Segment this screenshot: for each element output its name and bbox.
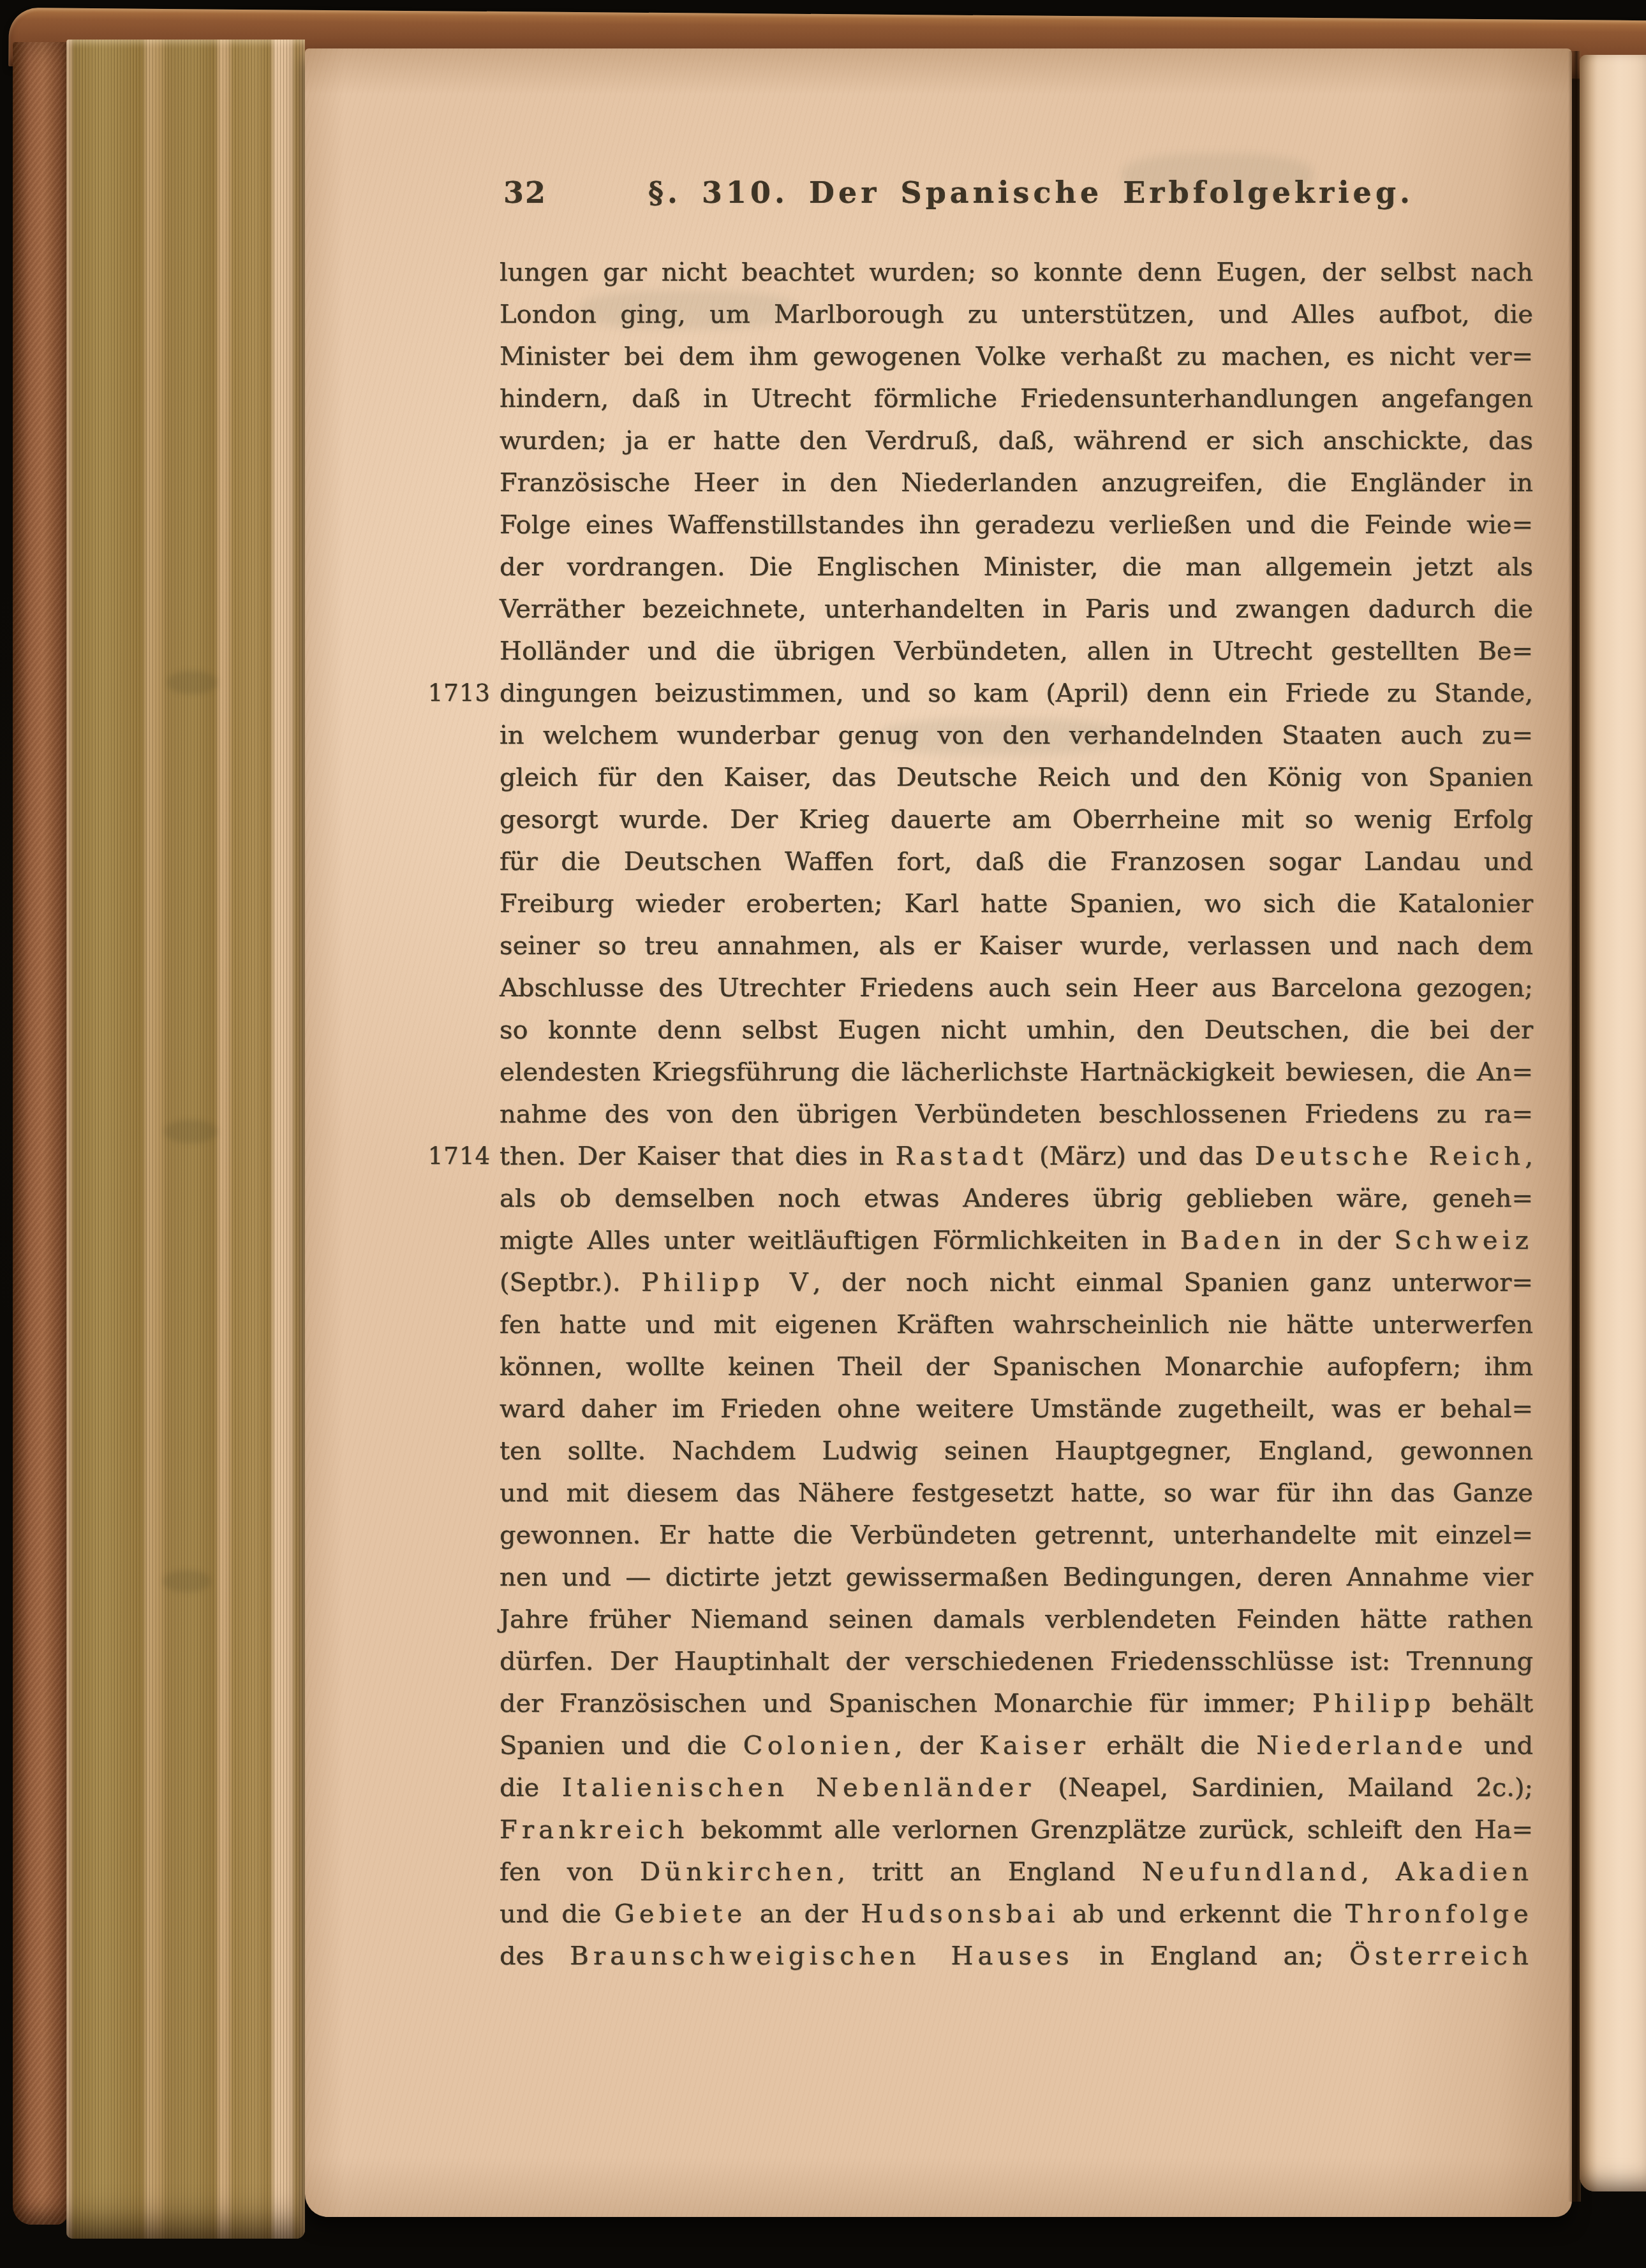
text-segment: Freiburg wieder eroberten; Karl hatte Sp… (500, 889, 1533, 918)
text-segment: seiner so treu annahmen, als er Kaiser w… (500, 931, 1533, 961)
emphasized-name: Kaiser (979, 1731, 1090, 1760)
text-line: lungen gar nicht beachtet wurden; so kon… (500, 251, 1533, 293)
emphasized-name: Deutsche Reich (1255, 1142, 1525, 1171)
text-segment: ten sollte. Nachdem Ludwig seinen Hauptg… (500, 1436, 1533, 1466)
text-line: wurden; ja er hatte den Verdruß, daß, wä… (500, 420, 1533, 462)
emphasized-name: Rastadt (895, 1142, 1027, 1171)
text-segment: können, wollte keinen Theil der Spanisch… (500, 1352, 1533, 1381)
emphasized-name: Neufundland (1142, 1857, 1361, 1887)
text-line: Jahre früher Niemand seinen damals verbl… (500, 1598, 1533, 1640)
text-segment: , der noch nicht einmal Spanien ganz unt… (813, 1268, 1533, 1297)
text-line: der vordrangen. Die Englischen Minister,… (500, 546, 1533, 588)
text-line: und mit diesem das Nähere festgesetzt ha… (500, 1472, 1533, 1514)
text-block: lungen gar nicht beachtet wurden; so kon… (500, 251, 1533, 1977)
text-segment: als ob demselben noch etwas Anderes übri… (500, 1184, 1533, 1213)
text-segment: an der (746, 1899, 861, 1929)
page-number: 32 (503, 170, 547, 216)
text-line: 1714then. Der Kaiser that dies in Rastad… (500, 1135, 1533, 1177)
emphasized-name: Österreich (1349, 1941, 1533, 1971)
text-segment: erhält die (1090, 1731, 1256, 1760)
text-line: Frankreich bekommt alle verlornen Grenzp… (500, 1809, 1533, 1851)
text-segment: und (1467, 1731, 1533, 1760)
text-segment: , (1361, 1857, 1395, 1887)
text-line: als ob demselben noch etwas Anderes übri… (500, 1177, 1533, 1219)
text-segment: fen hatte und mit eigenen Kräften wahrsc… (500, 1310, 1533, 1339)
text-line: nen und — dictirte jetzt gewissermaßen B… (500, 1556, 1533, 1598)
text-line: dürfen. Der Hauptinhalt der verschiedene… (500, 1640, 1533, 1683)
text-line: so konnte denn selbst Eugen nicht umhin,… (500, 1009, 1533, 1051)
emphasized-name: Thronfolge (1346, 1899, 1533, 1929)
text-segment: Französische Heer in den Niederlanden an… (500, 468, 1533, 497)
margin-year: 1714 (417, 1135, 491, 1177)
text-line: des Braunschweigischen Hauses in England… (500, 1935, 1533, 1977)
text-segment: wurden; ja er hatte den Verdruß, daß, wä… (500, 426, 1533, 455)
fore-edge-mark (163, 1570, 211, 1592)
text-segment: (Neapel, Sardinien, Mailand 2c.); (1035, 1773, 1533, 1802)
text-line: und die Gebiete an der Hudsonsbai ab und… (500, 1893, 1533, 1935)
text-segment: (Septbr.). (500, 1268, 641, 1297)
text-line: Verräther bezeichnete, unterhandelten in… (500, 588, 1533, 630)
text-segment: in welchem wunderbar genug von den verha… (500, 721, 1533, 750)
text-segment: Minister bei dem ihm gewogenen Volke ver… (500, 342, 1533, 371)
book-cover-left-edge (13, 42, 68, 2225)
text-segment: in der (1285, 1226, 1394, 1255)
text-segment: , tritt an England (837, 1857, 1142, 1887)
emphasized-name: Colonien (743, 1731, 894, 1760)
text-segment: gleich für den Kaiser, das Deutsche Reic… (500, 763, 1533, 792)
text-line: elendesten Kriegsführung die lächerlichs… (500, 1051, 1533, 1093)
text-segment: hindern, daß in Utrecht förmliche Friede… (500, 384, 1533, 413)
text-line: hindern, daß in Utrecht förmliche Friede… (500, 378, 1533, 420)
text-line: nahme des von den übrigen Verbündeten be… (500, 1093, 1533, 1135)
text-segment: der vordrangen. Die Englischen Minister,… (500, 552, 1533, 582)
text-line: in welchem wunderbar genug von den verha… (500, 714, 1533, 756)
text-segment: Jahre früher Niemand seinen damals verbl… (500, 1605, 1533, 1634)
emphasized-name: Italienischen Nebenländer (562, 1773, 1035, 1802)
text-line: migte Alles unter weitläuftigen Förmlich… (500, 1219, 1533, 1262)
emphasized-name: Gebiete (614, 1899, 747, 1929)
text-line: Folge eines Waffenstillstandes ihn gerad… (500, 504, 1533, 546)
text-line: gesorgt wurde. Der Krieg dauerte am Ober… (500, 799, 1533, 841)
text-segment: elendesten Kriegsführung die lächerlichs… (500, 1057, 1533, 1087)
text-segment: so konnte denn selbst Eugen nicht umhin,… (500, 1015, 1533, 1045)
text-line: ten sollte. Nachdem Ludwig seinen Hauptg… (500, 1430, 1533, 1472)
text-segment: nahme des von den übrigen Verbündeten be… (500, 1100, 1533, 1129)
text-segment: London ging, um Marlborough zu unterstüt… (500, 300, 1533, 329)
margin-year: 1713 (417, 672, 491, 714)
scanned-book-photo: { "colors":{"ink":"#3e3425","paper":"#eb… (0, 0, 1646, 2268)
text-segment: die (500, 1773, 562, 1802)
text-segment: und mit diesem das Nähere festgesetzt ha… (500, 1478, 1533, 1508)
text-line: Freiburg wieder eroberten; Karl hatte Sp… (500, 883, 1533, 925)
text-line: Spanien und die Colonien, der Kaiser erh… (500, 1725, 1533, 1767)
text-segment: ab und erkennt die (1060, 1899, 1346, 1929)
text-line: Minister bei dem ihm gewogenen Volke ver… (500, 335, 1533, 378)
text-line: Französische Heer in den Niederlanden an… (500, 462, 1533, 504)
page-header: 32 §. 310. Der Spanische Erbfolgekrieg. (500, 170, 1533, 216)
emphasized-name: Schweiz (1394, 1226, 1533, 1255)
text-line: gewonnen. Er hatte die Verbündeten getre… (500, 1514, 1533, 1556)
emphasized-name: Akadien (1396, 1857, 1533, 1887)
text-line: ward daher im Frieden ohne weitere Umstä… (500, 1388, 1533, 1430)
text-line: 1713dingungen beizustimmen, und so kam (… (500, 672, 1533, 714)
text-segment: für die Deutschen Waffen fort, daß die F… (500, 847, 1533, 876)
text-line: fen von Dünkirchen, tritt an England Neu… (500, 1851, 1533, 1893)
text-segment: in England an; (1074, 1941, 1349, 1971)
emphasized-name: Braunschweigischen Hauses (570, 1941, 1074, 1971)
text-segment: behält (1435, 1689, 1533, 1718)
text-segment: des (500, 1941, 570, 1971)
fore-edge-mark (165, 1120, 217, 1143)
text-segment: dingungen beizustimmen, und so kam (Apri… (500, 679, 1533, 708)
text-segment: Abschlusse des Utrechter Friedens auch s… (500, 973, 1533, 1003)
header-title: §. 310. Der Spanische Erbfolgekrieg. (500, 170, 1533, 216)
text-line: (Septbr.). Philipp V, der noch nicht ein… (500, 1262, 1533, 1304)
text-segment: nen und — dictirte jetzt gewissermaßen B… (500, 1563, 1533, 1592)
text-line: Abschlusse des Utrechter Friedens auch s… (500, 967, 1533, 1009)
text-segment: fen von (500, 1857, 640, 1887)
text-line: gleich für den Kaiser, das Deutsche Reic… (500, 756, 1533, 799)
fore-edge-mark (167, 671, 217, 694)
gutter-crease (1568, 51, 1581, 2202)
emphasized-name: Philipp V (641, 1268, 813, 1297)
text-line: der Französischen und Spanischen Monarch… (500, 1683, 1533, 1725)
text-segment: then. Der Kaiser that dies in (500, 1142, 895, 1171)
text-line: für die Deutschen Waffen fort, daß die F… (500, 841, 1533, 883)
text-segment: der Französischen und Spanischen Monarch… (500, 1689, 1312, 1718)
text-segment: lungen gar nicht beachtet wurden; so kon… (500, 258, 1533, 287)
emphasized-name: Baden (1180, 1226, 1285, 1255)
text-line: die Italienischen Nebenländer (Neapel, S… (500, 1767, 1533, 1809)
text-segment: gesorgt wurde. Der Krieg dauerte am Ober… (500, 805, 1533, 834)
text-segment: und die (500, 1899, 614, 1929)
text-segment: Spanien und die (500, 1731, 743, 1760)
text-line: London ging, um Marlborough zu unterstüt… (500, 293, 1533, 335)
emphasized-name: Dünkirchen (640, 1857, 837, 1887)
emphasized-name: Frankreich (500, 1815, 688, 1845)
text-segment: , der (894, 1731, 979, 1760)
text-segment: Verräther bezeichnete, unterhandelten in… (500, 594, 1533, 624)
scanned-page: 32 §. 310. Der Spanische Erbfolgekrieg. … (305, 48, 1572, 2217)
text-segment: ward daher im Frieden ohne weitere Umstä… (500, 1394, 1533, 1424)
text-segment: (März) und das (1028, 1142, 1255, 1171)
text-line: fen hatte und mit eigenen Kräften wahrsc… (500, 1304, 1533, 1346)
text-line: Holländer und die übrigen Verbündeten, a… (500, 630, 1533, 672)
text-segment: bekommt alle verlornen Grenzplätze zurüc… (688, 1815, 1533, 1845)
text-line: können, wollte keinen Theil der Spanisch… (500, 1346, 1533, 1388)
text-segment: , (1525, 1142, 1533, 1171)
text-segment: dürfen. Der Hauptinhalt der verschiedene… (500, 1647, 1533, 1676)
emphasized-name: Niederlande (1256, 1731, 1467, 1760)
text-line: seiner so treu annahmen, als er Kaiser w… (500, 925, 1533, 967)
text-segment: gewonnen. Er hatte die Verbündeten getre… (500, 1521, 1533, 1550)
emphasized-name: Philipp (1312, 1689, 1435, 1718)
text-segment: Holländer und die übrigen Verbündeten, a… (500, 637, 1533, 666)
emphasized-name: Hudsonsbai (861, 1899, 1059, 1929)
text-segment: Folge eines Waffenstillstandes ihn gerad… (500, 510, 1533, 540)
facing-page-edge (1580, 55, 1646, 2191)
text-segment: migte Alles unter weitläuftigen Förmlich… (500, 1226, 1180, 1255)
